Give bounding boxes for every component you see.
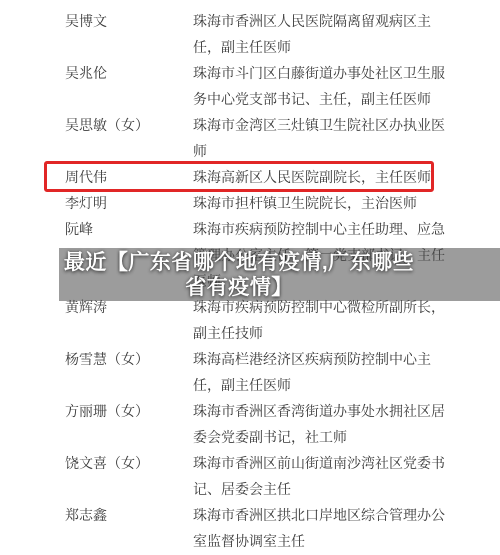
person-position: 珠海市斗门区白藤街道办事处社区卫生服务中心党支部书记、主任，副主任医师 [193, 60, 446, 112]
person-name: 周代伟 [65, 164, 190, 190]
person-name: 郑志鑫 [65, 502, 190, 528]
person-position: 珠海市疾病预防控制中心微检所副所长，副主任技师 [193, 294, 446, 346]
person-position: 珠海市香洲区前山街道南沙湾社区党委书记、居委会主任 [193, 450, 446, 502]
person-name: 吴博文 [65, 8, 190, 34]
person-name: 方丽珊（女） [65, 398, 190, 424]
person-name: 杨雪慧（女） [65, 346, 190, 372]
person-position: 珠海高新区人民医院副院长，主任医师 [193, 164, 446, 190]
person-name: 阮峰 [65, 216, 190, 242]
person-position: 珠海市疾病预防控制中心主任助理、应急管理办公室主任，第一党支部书记，主任医师 [193, 216, 446, 294]
person-position: 珠海市金湾区三灶镇卫生院社区办执业医师 [193, 112, 446, 164]
person-position: 珠海市香洲区香湾街道办事处水拥社区居委会党委副书记，社工师 [193, 398, 446, 450]
person-position: 珠海市担杆镇卫生院院长，主治医师 [193, 190, 446, 216]
document-page: 吴博文 珠海市香洲区人民医院隔离留观病区主任，副主任医师 吴兆伦 珠海市斗门区白… [0, 0, 500, 555]
person-name: 李灯明 [65, 190, 190, 216]
person-name: 饶文喜（女） [65, 450, 190, 476]
person-position: 珠海高栏港经济区疾病预防控制中心主任，副主任医师 [193, 346, 446, 398]
person-position: 珠海市香洲区拱北口岸地区综合管理办公室监督协调室主任 [193, 502, 446, 554]
person-name: 吴兆伦 [65, 60, 190, 86]
person-position: 珠海市香洲区人民医院隔离留观病区主任，副主任医师 [193, 8, 446, 60]
person-name: 黄辉涛 [65, 294, 190, 320]
person-name: 吴思敏（女） [65, 112, 190, 138]
